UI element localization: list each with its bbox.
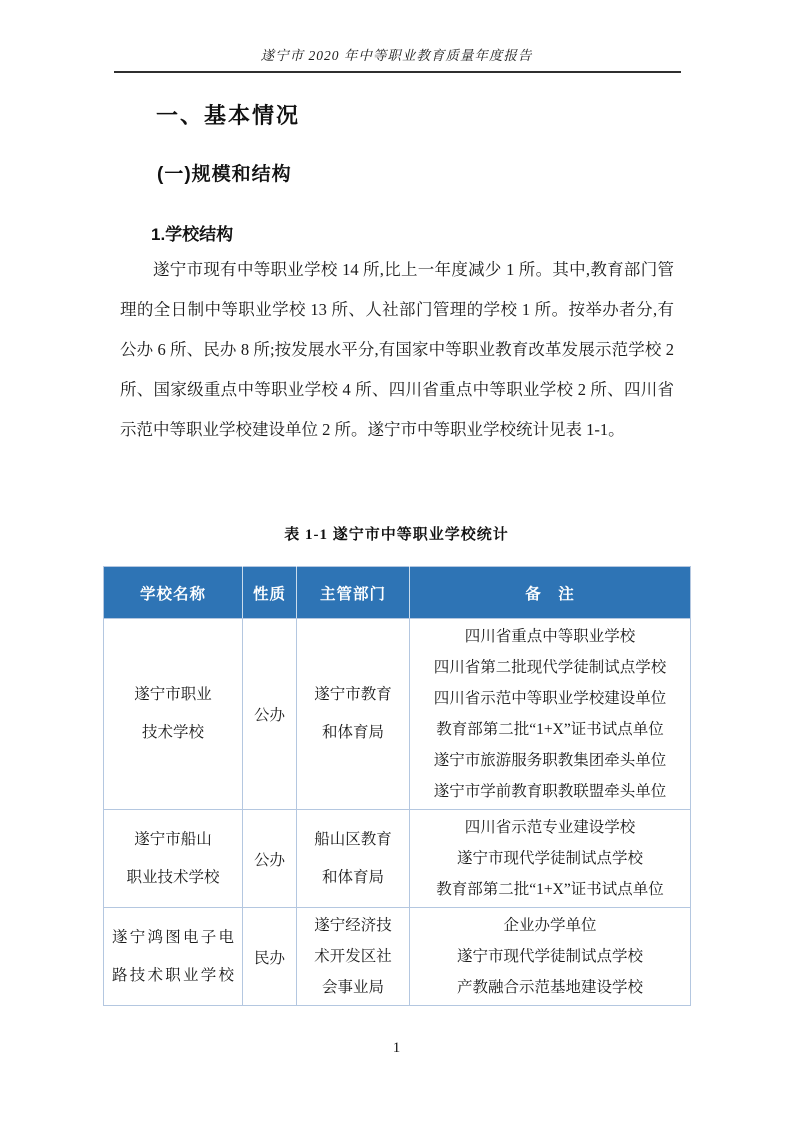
body-paragraph: 遂宁市现有中等职业学校 14 所,比上一年度减少 1 所。其中,教育部门管理的全… bbox=[120, 250, 674, 450]
school-name-line: 遂宁市船山 bbox=[112, 821, 234, 859]
remark-line: 遂宁市旅游服务职教集团牵头单位 bbox=[418, 745, 682, 776]
remark-line: 遂宁市现代学徒制试点学校 bbox=[418, 941, 682, 972]
school-statistics-table: 学校名称 性质 主管部门 备 注 遂宁市职业 技术学校 公办 遂宁市教育 和体育… bbox=[103, 566, 691, 1006]
remark-line: 产教融合示范基地建设学校 bbox=[418, 972, 682, 1003]
school-name-cell: 遂宁鸿图电子电 路技术职业学校 bbox=[104, 908, 243, 1006]
school-name-line: 技术学校 bbox=[112, 714, 234, 752]
school-type-cell: 民办 bbox=[243, 908, 297, 1006]
remarks-cell: 四川省示范专业建设学校 遂宁市现代学徒制试点学校 教育部第二批“1+X”证书试点… bbox=[410, 810, 691, 908]
school-name-cell: 遂宁市职业 技术学校 bbox=[104, 619, 243, 810]
remark-line: 教育部第二批“1+X”证书试点单位 bbox=[418, 714, 682, 745]
table-header-row: 学校名称 性质 主管部门 备 注 bbox=[104, 567, 691, 619]
department-line: 和体育局 bbox=[305, 714, 401, 752]
column-header-remarks: 备 注 bbox=[410, 567, 691, 619]
remarks-cell: 企业办学单位 遂宁市现代学徒制试点学校 产教融合示范基地建设学校 bbox=[410, 908, 691, 1006]
remark-line: 四川省示范中等职业学校建设单位 bbox=[418, 683, 682, 714]
header-rule-divider bbox=[114, 71, 681, 73]
department-line: 船山区教育 bbox=[305, 821, 401, 859]
school-name-line: 职业技术学校 bbox=[112, 859, 234, 897]
school-type-cell: 公办 bbox=[243, 619, 297, 810]
department-line: 遂宁市教育 bbox=[305, 676, 401, 714]
heading-level1: 一、基本情况 bbox=[156, 99, 300, 130]
department-line: 和体育局 bbox=[305, 859, 401, 897]
department-cell: 遂宁市教育 和体育局 bbox=[297, 619, 410, 810]
table-caption: 表 1-1 遂宁市中等职业学校统计 bbox=[0, 523, 793, 544]
school-name-line: 遂宁鸿图电子电 bbox=[112, 919, 234, 957]
table-row: 遂宁市职业 技术学校 公办 遂宁市教育 和体育局 四川省重点中等职业学校 四川省… bbox=[104, 619, 691, 810]
remark-line: 四川省示范专业建设学校 bbox=[418, 812, 682, 843]
department-line: 遂宁经济技 bbox=[305, 910, 401, 941]
remarks-cell: 四川省重点中等职业学校 四川省第二批现代学徒制试点学校 四川省示范中等职业学校建… bbox=[410, 619, 691, 810]
running-header: 遂宁市 2020 年中等职业教育质量年度报告 bbox=[0, 44, 793, 64]
remark-line: 遂宁市学前教育职教联盟牵头单位 bbox=[418, 776, 682, 807]
school-type-cell: 公办 bbox=[243, 810, 297, 908]
document-page: 遂宁市 2020 年中等职业教育质量年度报告 一、基本情况 (一)规模和结构 1… bbox=[0, 0, 793, 1122]
column-header-department: 主管部门 bbox=[297, 567, 410, 619]
school-name-cell: 遂宁市船山 职业技术学校 bbox=[104, 810, 243, 908]
school-name-line: 路技术职业学校 bbox=[112, 957, 234, 995]
column-header-school-name: 学校名称 bbox=[104, 567, 243, 619]
remark-line: 四川省重点中等职业学校 bbox=[418, 621, 682, 652]
page-number: 1 bbox=[0, 1040, 793, 1057]
remark-line: 教育部第二批“1+X”证书试点单位 bbox=[418, 874, 682, 905]
heading-level3: 1.学校结构 bbox=[151, 220, 233, 245]
school-name-line: 遂宁市职业 bbox=[112, 676, 234, 714]
department-cell: 遂宁经济技 术开发区社 会事业局 bbox=[297, 908, 410, 1006]
heading-level2: (一)规模和结构 bbox=[157, 159, 292, 186]
remark-line: 四川省第二批现代学徒制试点学校 bbox=[418, 652, 682, 683]
remark-line: 遂宁市现代学徒制试点学校 bbox=[418, 843, 682, 874]
department-cell: 船山区教育 和体育局 bbox=[297, 810, 410, 908]
column-header-type: 性质 bbox=[243, 567, 297, 619]
table-row: 遂宁鸿图电子电 路技术职业学校 民办 遂宁经济技 术开发区社 会事业局 企业办学… bbox=[104, 908, 691, 1006]
remark-line: 企业办学单位 bbox=[418, 910, 682, 941]
department-line: 会事业局 bbox=[305, 972, 401, 1003]
department-line: 术开发区社 bbox=[305, 941, 401, 972]
table-row: 遂宁市船山 职业技术学校 公办 船山区教育 和体育局 四川省示范专业建设学校 遂… bbox=[104, 810, 691, 908]
